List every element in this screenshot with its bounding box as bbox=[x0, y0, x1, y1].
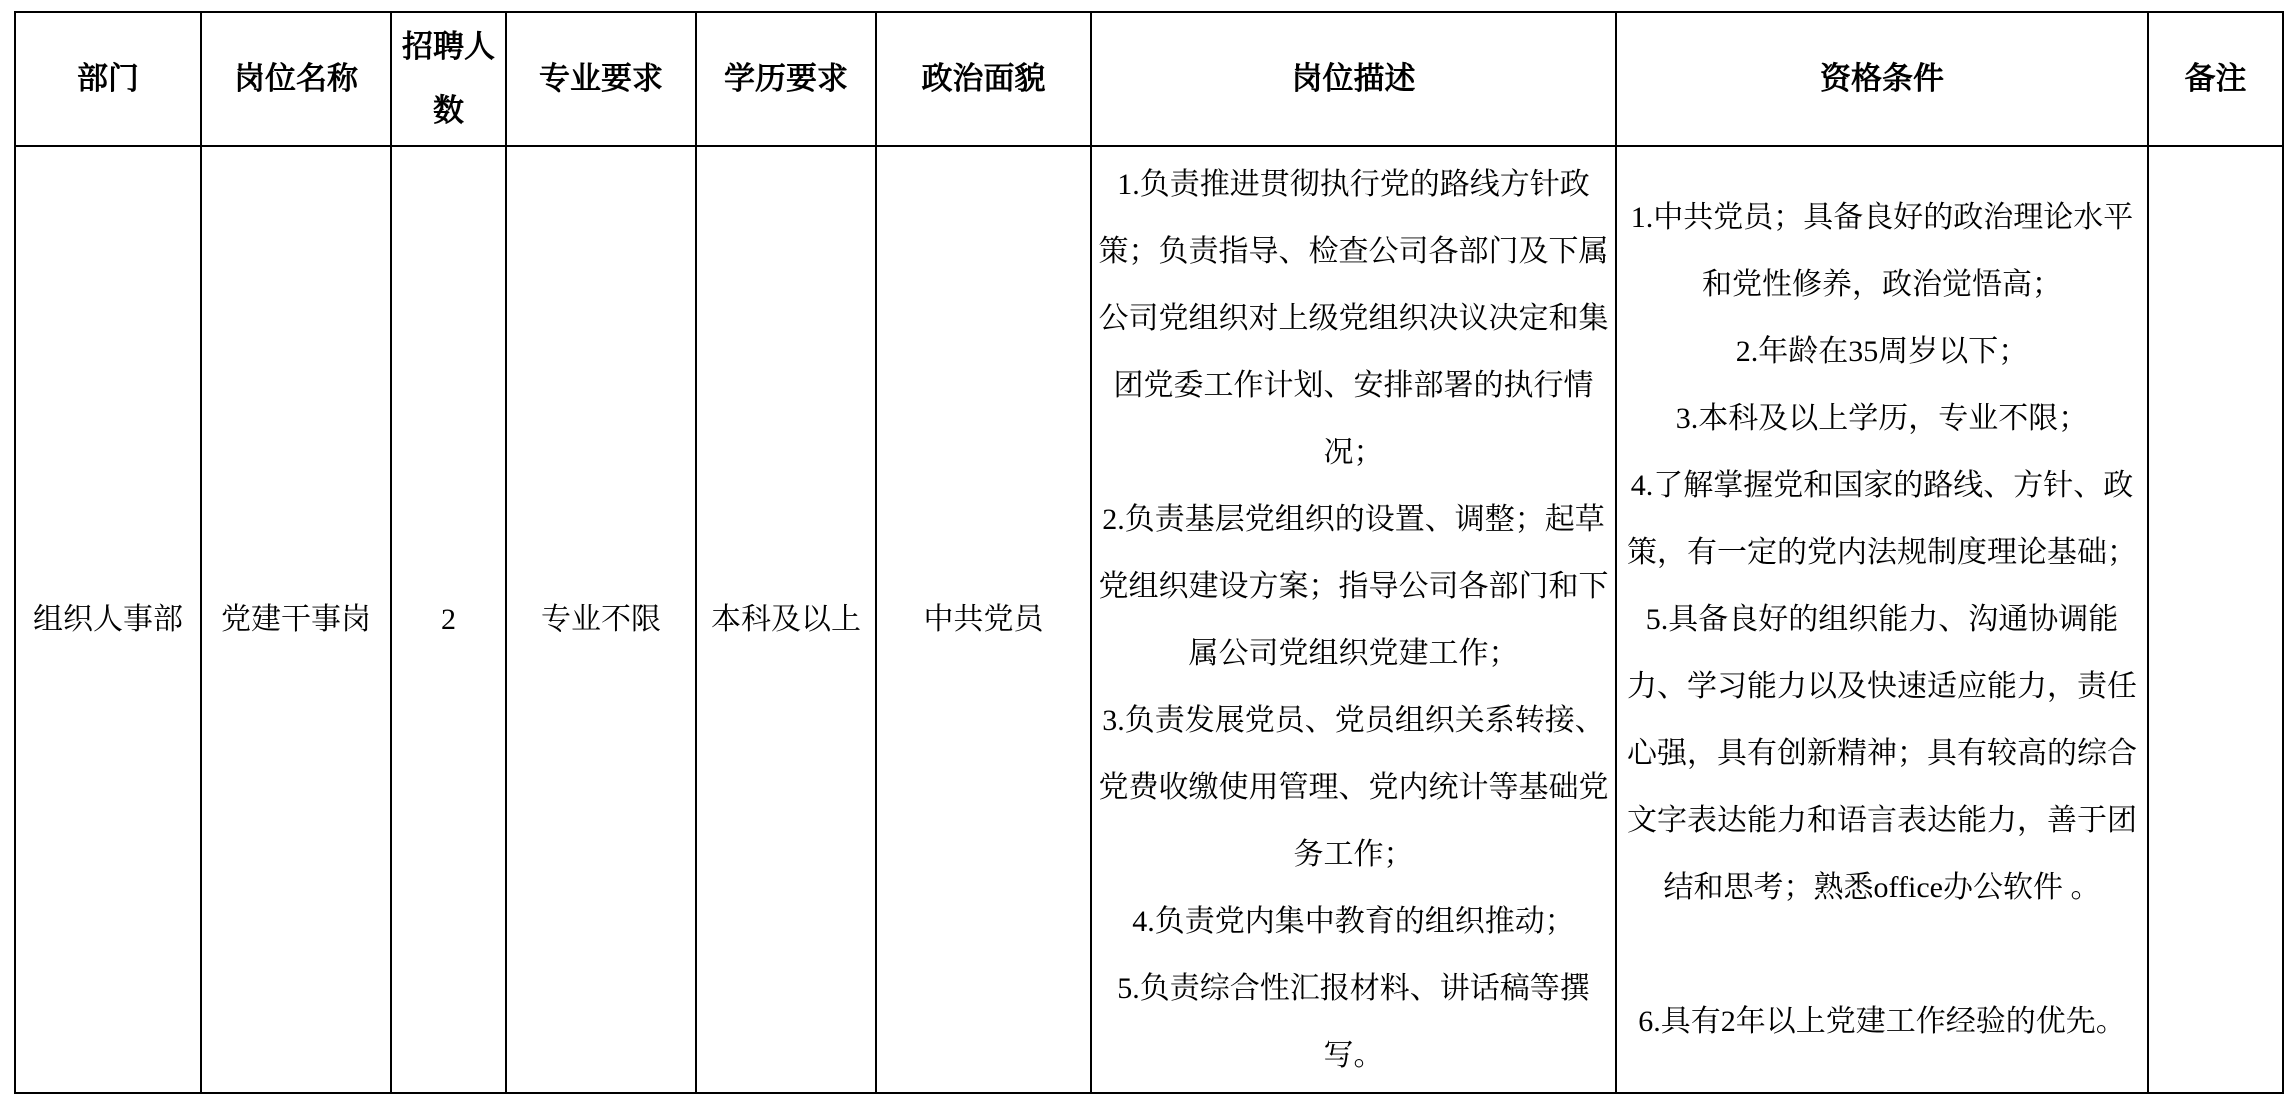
cell-qualifications: 1.中共党员；具备良好的政治理论水平和党性修养，政治觉悟高；2.年龄在35周岁以… bbox=[1616, 146, 2148, 1093]
cell-political-status: 中共党员 bbox=[876, 146, 1091, 1093]
cell-department: 组织人事部 bbox=[15, 146, 201, 1093]
text-line: 党组织建设方案；指导公司各部门和下 bbox=[1096, 553, 1611, 620]
text-line: 1.中共党员；具备良好的政治理论水平 bbox=[1621, 184, 2143, 251]
header-cell-headcount: 招聘人数 bbox=[391, 12, 506, 146]
text-line: 2.年龄在35周岁以下； bbox=[1621, 318, 2143, 385]
header-cell-education: 学历要求 bbox=[696, 12, 876, 146]
header-cell-political-status: 政治面貌 bbox=[876, 12, 1091, 146]
cell-position: 党建干事岗 bbox=[201, 146, 391, 1093]
header-cell-remarks: 备注 bbox=[2148, 12, 2283, 146]
cell-headcount: 2 bbox=[391, 146, 506, 1093]
text-line: 务工作； bbox=[1096, 821, 1611, 888]
text-line: 况； bbox=[1096, 419, 1611, 486]
header-cell-position: 岗位名称 bbox=[201, 12, 391, 146]
cell-remarks bbox=[2148, 146, 2283, 1093]
text-line: 6.具有2年以上党建工作经验的优先。 bbox=[1621, 988, 2143, 1055]
cell-education: 本科及以上 bbox=[696, 146, 876, 1093]
text-line: 3.负责发展党员、党员组织关系转接、 bbox=[1096, 687, 1611, 754]
cell-job-description: 1.负责推进贯彻执行党的路线方针政策；负责指导、检查公司各部门及下属公司党组织对… bbox=[1091, 146, 1616, 1093]
text-line: 4.负责党内集中教育的组织推动； bbox=[1096, 888, 1611, 955]
header-cell-major: 专业要求 bbox=[506, 12, 696, 146]
text-line: 党费收缴使用管理、党内统计等基础党 bbox=[1096, 754, 1611, 821]
header-cell-qualifications: 资格条件 bbox=[1616, 12, 2148, 146]
header-cell-job-description: 岗位描述 bbox=[1091, 12, 1616, 146]
cell-major: 专业不限 bbox=[506, 146, 696, 1093]
text-line: 5.具备良好的组织能力、沟通协调能 bbox=[1621, 586, 2143, 653]
text-line: 结和思考；熟悉office办公软件 。 bbox=[1621, 854, 2143, 921]
recruitment-table: 部门 岗位名称 招聘人数 专业要求 学历要求 政治面貌 岗位描述 资格条件 备注… bbox=[14, 11, 2284, 1094]
text-line: 1.负责推进贯彻执行党的路线方针政 bbox=[1096, 151, 1611, 218]
header-cell-department: 部门 bbox=[15, 12, 201, 146]
table-row: 组织人事部 党建干事岗 2 专业不限 本科及以上 中共党员 1.负责推进贯彻执行… bbox=[15, 146, 2283, 1093]
header-row: 部门 岗位名称 招聘人数 专业要求 学历要求 政治面貌 岗位描述 资格条件 备注 bbox=[15, 12, 2283, 146]
text-line: 5.负责综合性汇报材料、讲话稿等撰 bbox=[1096, 955, 1611, 1022]
text-line: 属公司党组织党建工作； bbox=[1096, 620, 1611, 687]
text-line: 文字表达能力和语言表达能力，善于团 bbox=[1621, 787, 2143, 854]
text-line: 力、学习能力以及快速适应能力，责任 bbox=[1621, 653, 2143, 720]
text-line bbox=[1621, 921, 2143, 988]
text-line: 团党委工作计划、安排部署的执行情 bbox=[1096, 352, 1611, 419]
text-line: 公司党组织对上级党组织决议决定和集 bbox=[1096, 285, 1611, 352]
text-line: 心强，具有创新精神；具有较高的综合 bbox=[1621, 720, 2143, 787]
text-line: 策，有一定的党内法规制度理论基础； bbox=[1621, 519, 2143, 586]
text-line: 2.负责基层党组织的设置、调整；起草 bbox=[1096, 486, 1611, 553]
text-line: 3.本科及以上学历，专业不限； bbox=[1621, 385, 2143, 452]
text-line: 写。 bbox=[1096, 1022, 1611, 1089]
text-line: 策；负责指导、检查公司各部门及下属 bbox=[1096, 218, 1611, 285]
text-line: 和党性修养，政治觉悟高； bbox=[1621, 251, 2143, 318]
text-line: 4.了解掌握党和国家的路线、方针、政 bbox=[1621, 452, 2143, 519]
